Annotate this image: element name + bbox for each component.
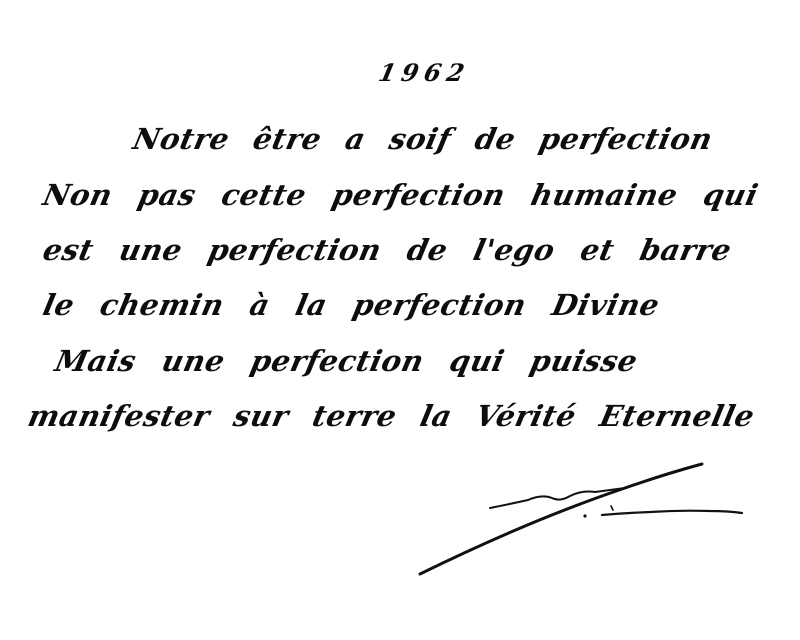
text-line-1: Notre être a soif de perfection xyxy=(130,122,716,156)
text-line-5: Mais une perfection qui puisse xyxy=(52,344,641,378)
note-date: 1962 xyxy=(376,58,473,87)
text-line-4: le chemin à la perfection Divine xyxy=(40,288,663,322)
handwritten-page: 1962 Notre être a soif de perfection Non… xyxy=(0,0,800,640)
text-line-6: manifester sur terre la Vérité Eternelle xyxy=(25,399,758,433)
signature-icon xyxy=(410,450,770,590)
text-line-3: est une perfection de l'ego et barre xyxy=(40,233,735,267)
text-line-2: Non pas cette perfection humaine qui xyxy=(40,178,761,212)
